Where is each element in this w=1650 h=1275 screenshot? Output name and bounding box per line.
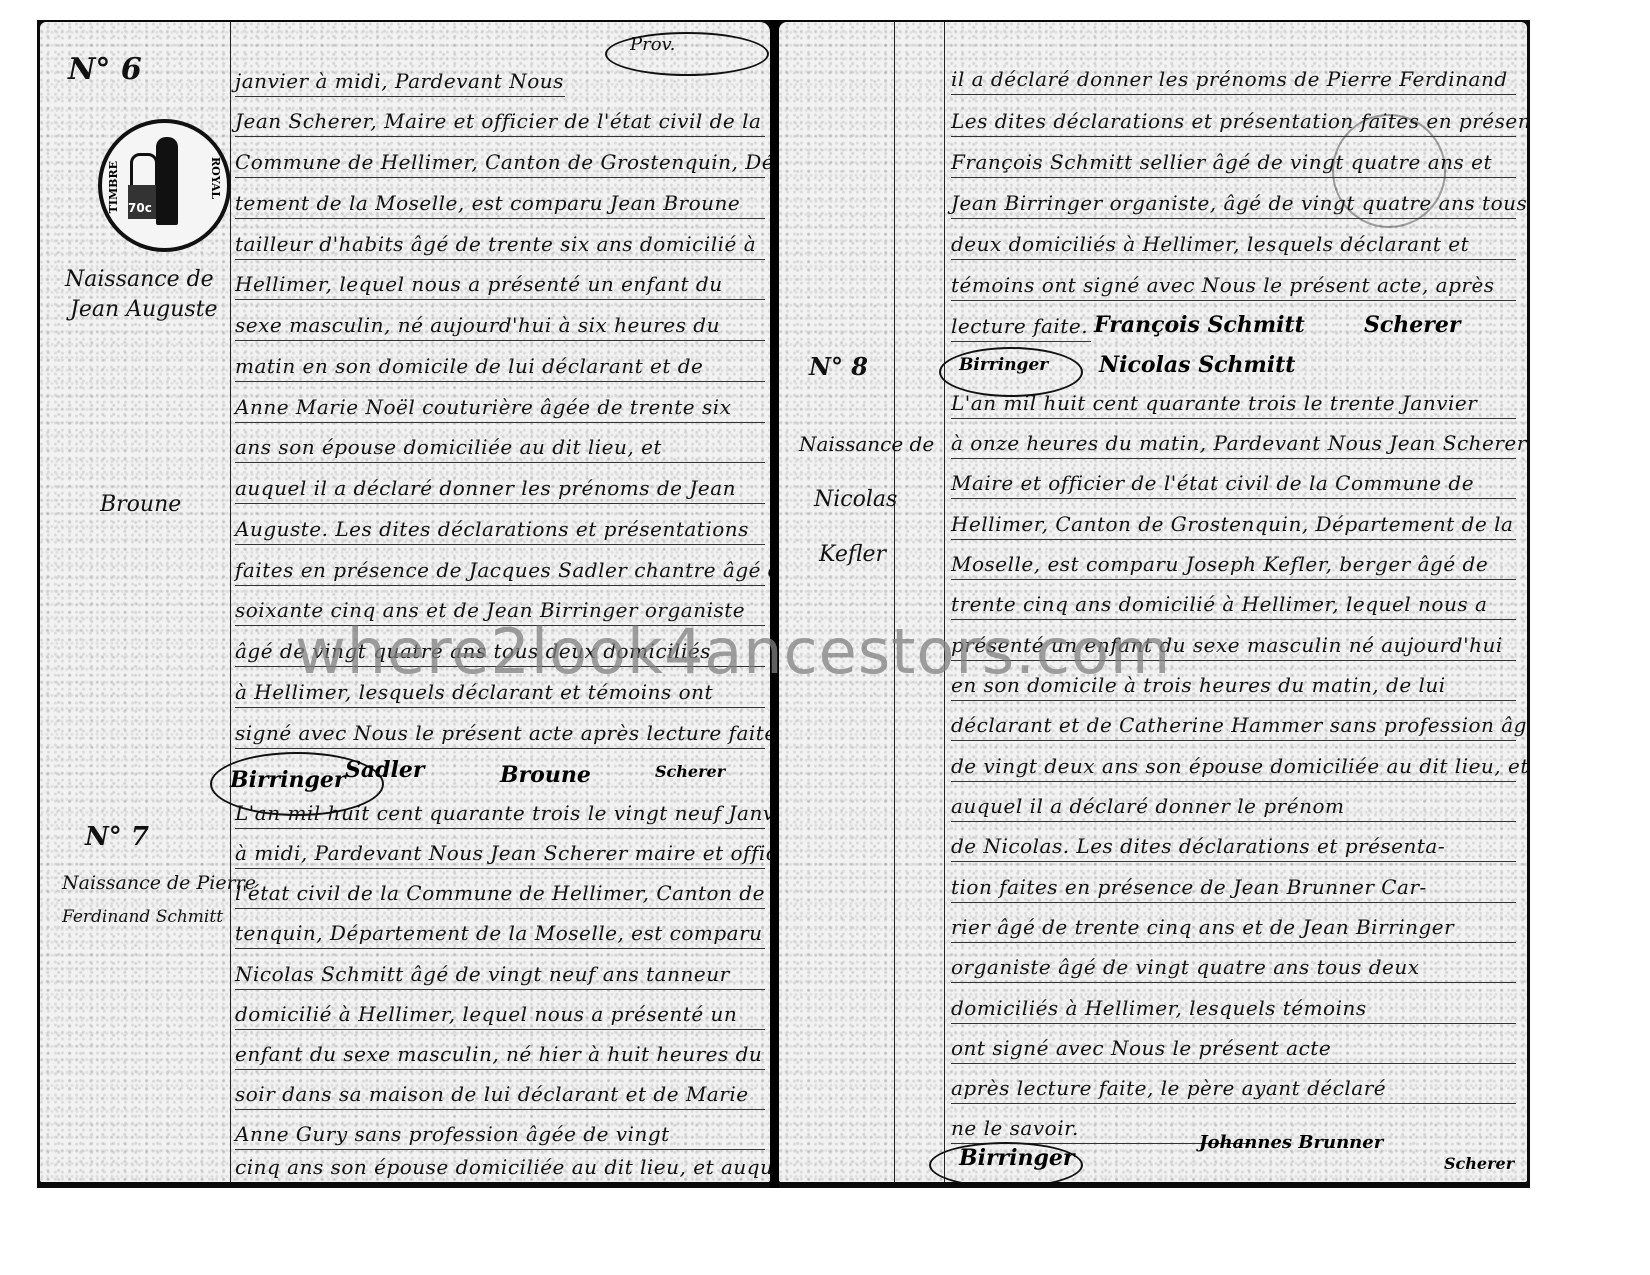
text-line: auquel il a déclaré donner le prénom	[951, 791, 1516, 822]
text-line: tailleur d'habits âgé de trente six ans …	[235, 229, 765, 260]
signature: Birringer	[959, 355, 1048, 375]
text-line: tion faites en présence de Jean Brunner …	[951, 872, 1516, 903]
text-line: de Nicolas. Les dites déclarations et pr…	[951, 831, 1516, 862]
text-line: sexe masculin, né aujourd'hui à six heur…	[235, 310, 765, 341]
text-line: ont signé avec Nous le présent acte	[951, 1033, 1516, 1064]
margin-note-8-line1: Naissance de	[799, 432, 934, 456]
text-line: rier âgé de trente cinq ans et de Jean B…	[951, 912, 1516, 943]
margin-note-7-line1: Naissance de Pierre	[62, 872, 256, 894]
text-line: domiciliés à Hellimer, lesquels témoins	[951, 993, 1516, 1024]
margin-note-6-line2: Jean Auguste	[70, 297, 218, 322]
text-line: de vingt deux ans son épouse domiciliée …	[951, 751, 1516, 782]
text-line: Les dites déclarations et présentation f…	[951, 106, 1516, 137]
margin-rule	[944, 22, 945, 1182]
signature: Johannes Brunner	[1199, 1132, 1383, 1153]
text-line: après lecture faite, le père ayant décla…	[951, 1073, 1516, 1104]
text-line: Anne Marie Noël couturière âgée de trent…	[235, 392, 765, 423]
signature: Scherer	[1444, 1154, 1514, 1173]
timbre-royal-stamp: TIMBRE ROYAL 70c	[98, 119, 231, 252]
text-line: tement de la Moselle, est comparu Jean B…	[235, 188, 765, 219]
text-line: L'an mil huit cent quarante trois le tre…	[951, 388, 1516, 419]
text-line: deux domiciliés à Hellimer, lesquels déc…	[951, 229, 1516, 260]
margin-note-8-line3: Kefler	[819, 542, 886, 567]
signature: Birringer	[230, 767, 345, 793]
text-line: tenquin, Département de la Moselle, est …	[235, 918, 765, 949]
text-line: matin en son domicile de lui déclarant e…	[235, 351, 765, 382]
right-page: il a déclaré donner les prénoms de Pierr…	[779, 22, 1527, 1182]
text-line: ans son épouse domiciliée au dit lieu, e…	[235, 432, 765, 463]
text-line: Hellimer, Canton de Grostenquin, Départe…	[951, 509, 1516, 540]
left-page: N° 6 TIMBRE ROYAL 70c Prov. Naissance de…	[40, 22, 770, 1182]
stamp-value: 70c	[128, 201, 152, 215]
signature: Sadler	[345, 757, 424, 783]
margin-rule	[894, 22, 895, 1182]
text-line: témoins ont signé avec Nous le présent a…	[951, 270, 1516, 301]
text-line: Commune de Hellimer, Canton de Grostenqu…	[235, 147, 765, 178]
stamp-right-text: ROYAL	[209, 157, 222, 199]
margin-note-8-line2: Nicolas	[814, 487, 897, 512]
stamp-cage-icon	[130, 153, 158, 189]
text-line: cinq ans son épouse domiciliée au dit li…	[235, 1152, 765, 1182]
text-line: L'an mil huit cent quarante trois le vin…	[235, 798, 765, 829]
text-line: domicilié à Hellimer, lequel nous a prés…	[235, 999, 765, 1030]
margin-surname-6: Broune	[100, 492, 181, 517]
margin-note-6-line1: Naissance de	[65, 267, 214, 292]
text-line: l'état civil de la Commune de Hellimer, …	[235, 878, 765, 909]
text-line: Jean Birringer organiste, âgé de vingt q…	[951, 188, 1516, 219]
text-line: soir dans sa maison de lui déclarant et …	[235, 1079, 765, 1110]
stamp-left-text: TIMBRE	[107, 161, 120, 213]
text-line: enfant du sexe masculin, né hier à huit …	[235, 1039, 765, 1070]
entry-number-7: N° 7	[85, 822, 149, 852]
text-line: janvier à midi, Pardevant Nous	[235, 66, 565, 97]
text-line: Jean Scherer, Maire et officier de l'éta…	[235, 106, 765, 137]
signature: Broune	[500, 762, 591, 788]
text-line: Nicolas Schmitt âgé de vingt neuf ans ta…	[235, 959, 765, 990]
margin-note-7-line2: Ferdinand Schmitt	[62, 907, 223, 927]
text-line: Maire et officier de l'état civil de la …	[951, 468, 1516, 499]
entry-number-8: N° 8	[809, 352, 868, 381]
text-line: Hellimer, lequel nous a présenté un enfa…	[235, 269, 765, 300]
text-line: à midi, Pardevant Nous Jean Scherer mair…	[235, 838, 765, 869]
text-line: Auguste. Les dites déclarations et prése…	[235, 514, 765, 545]
text-line: déclarant et de Catherine Hammer sans pr…	[951, 710, 1516, 741]
text-line: François Schmitt sellier âgé de vingt qu…	[951, 147, 1516, 178]
text-line: Moselle, est comparu Joseph Kefler, berg…	[951, 549, 1516, 580]
text-line: Anne Gury sans profession âgée de vingt	[235, 1119, 765, 1150]
text-line: il a déclaré donner les prénoms de Pierr…	[951, 64, 1516, 95]
entry-number-6: N° 6	[68, 52, 142, 87]
text-line: organiste âgé de vingt quatre ans tous d…	[951, 952, 1516, 983]
scanned-register-spread: N° 6 TIMBRE ROYAL 70c Prov. Naissance de…	[37, 20, 1530, 1188]
book-gutter	[770, 20, 779, 1188]
signature: Scherer	[655, 762, 725, 781]
text-line: lecture faite.	[951, 311, 1091, 342]
signature: François Schmitt	[1094, 312, 1305, 338]
text-line: signé avec Nous le présent acte après le…	[235, 718, 765, 749]
text-line: à onze heures du matin, Pardevant Nous J…	[951, 428, 1516, 459]
stamp-figure-icon	[156, 137, 178, 225]
signature: Scherer	[1364, 312, 1460, 338]
text-line: auquel il a déclaré donner les prénoms d…	[235, 473, 765, 504]
signature: Birringer	[959, 1145, 1074, 1171]
text-line: faites en présence de Jacques Sadler cha…	[235, 555, 765, 586]
folio-flourish	[605, 32, 769, 76]
signature: Nicolas Schmitt	[1099, 352, 1295, 378]
watermark-text: where2look4ancestors.com	[295, 615, 1171, 688]
